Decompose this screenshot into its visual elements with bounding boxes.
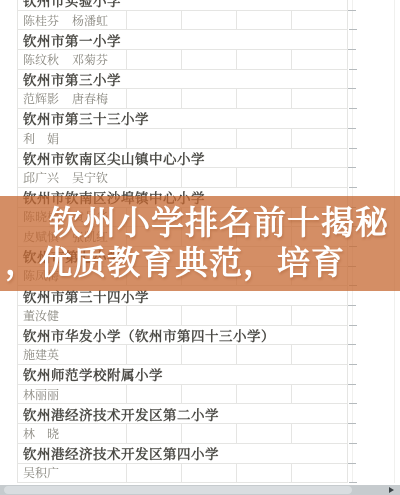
school-name: 钦州港经济技术开发区第二小学 [18, 404, 219, 424]
school-row[interactable]: 钦州师范学校附属小学 [18, 365, 348, 385]
person-name: 陈纹秋 [23, 51, 59, 68]
empty-cell[interactable] [126, 385, 181, 404]
empty-cell[interactable] [291, 306, 348, 325]
empty-cell[interactable] [126, 464, 181, 483]
scroll-right-arrow-icon[interactable] [389, 487, 394, 493]
empty-cell[interactable] [181, 89, 236, 108]
names-cell[interactable]: 施建英 [18, 345, 126, 364]
names-row[interactable]: 林丽丽 [18, 385, 348, 405]
empty-cell[interactable] [236, 89, 291, 108]
empty-cell[interactable] [291, 464, 348, 483]
person-name: 林 晓 [23, 425, 59, 442]
headline-line-1: 钦州小学排名前十揭秘 [0, 203, 400, 243]
school-row[interactable]: 钦州市华发小学（钦州市第四十三小学） [18, 326, 348, 346]
names-row[interactable]: 陈纹秋邓菊芬 [18, 50, 348, 70]
empty-cell[interactable] [181, 168, 236, 187]
empty-cell[interactable] [236, 345, 291, 364]
person-name: 吴宁钦 [72, 169, 108, 186]
names-row[interactable]: 邱广兴吴宁钦 [18, 168, 348, 188]
names-row[interactable]: 林 晓 [18, 424, 348, 444]
school-name: 钦州港经济技术开发区第四小学 [18, 443, 219, 463]
person-name: 陈桂芬 [23, 12, 59, 29]
empty-cell[interactable] [291, 50, 348, 69]
empty-cell[interactable] [291, 89, 348, 108]
empty-cell[interactable] [126, 89, 181, 108]
empty-cell[interactable] [236, 50, 291, 69]
person-name: 唐春梅 [72, 90, 108, 107]
empty-cell[interactable] [236, 424, 291, 443]
school-row[interactable]: 钦州港经济技术开发区第四小学 [18, 444, 348, 464]
names-row[interactable]: 董汝健 [18, 306, 348, 326]
empty-cell[interactable] [236, 168, 291, 187]
empty-cell[interactable] [236, 385, 291, 404]
person-name: 邓菊芬 [72, 51, 108, 68]
scrollbar-thumb[interactable] [4, 486, 352, 494]
names-row[interactable]: 利 娟 [18, 129, 348, 149]
names-cell[interactable]: 董汝健 [18, 306, 126, 325]
names-cell[interactable]: 邱广兴吴宁钦 [18, 168, 126, 187]
names-cell[interactable]: 陈桂芬杨潘虹 [18, 11, 126, 30]
school-name: 钦州市实验小学 [18, 0, 121, 10]
names-row[interactable]: 陈桂芬杨潘虹 [18, 11, 348, 31]
school-row[interactable]: 钦州港经济技术开发区第二小学 [18, 404, 348, 424]
empty-cell[interactable] [181, 129, 236, 148]
spreadsheet-view: { "colors": { "overlay_bg": "#c56832bf",… [0, 0, 400, 495]
empty-cell[interactable] [236, 129, 291, 148]
empty-cell[interactable] [236, 306, 291, 325]
empty-cell[interactable] [126, 129, 181, 148]
school-row[interactable]: 钦州市第三十三小学 [18, 109, 348, 129]
school-name: 钦州市第一小学 [18, 30, 121, 50]
empty-cell[interactable] [126, 50, 181, 69]
horizontal-scrollbar[interactable] [0, 485, 400, 495]
names-cell[interactable]: 林丽丽 [18, 385, 126, 404]
names-cell[interactable]: 吴积广 [18, 464, 126, 483]
person-name: 杨潘虹 [72, 12, 108, 29]
empty-cell[interactable] [236, 11, 291, 30]
person-name: 利 娟 [23, 130, 59, 147]
empty-cell[interactable] [291, 11, 348, 30]
empty-cell[interactable] [126, 306, 181, 325]
school-name: 钦州市钦南区尖山镇中心小学 [18, 148, 205, 168]
headline-line-2: ，优质教育典范，培育 [0, 243, 400, 283]
empty-cell[interactable] [181, 424, 236, 443]
empty-cell[interactable] [181, 50, 236, 69]
empty-cell[interactable] [181, 385, 236, 404]
empty-cell[interactable] [291, 168, 348, 187]
school-row[interactable]: 钦州市第一小学 [18, 30, 348, 50]
empty-cell[interactable] [291, 345, 348, 364]
empty-cell[interactable] [291, 129, 348, 148]
empty-cell[interactable] [236, 464, 291, 483]
school-name: 钦州师范学校附属小学 [18, 364, 163, 384]
person-name: 邱广兴 [23, 169, 59, 186]
names-cell[interactable]: 利 娟 [18, 129, 126, 148]
empty-cell[interactable] [126, 11, 181, 30]
school-row[interactable]: 钦州市实验小学 [18, 0, 348, 11]
person-name: 施建英 [23, 346, 59, 363]
person-name: 林丽丽 [23, 386, 59, 403]
names-row[interactable]: 范辉影唐春梅 [18, 89, 348, 109]
empty-cell[interactable] [291, 424, 348, 443]
names-cell[interactable]: 陈纹秋邓菊芬 [18, 50, 126, 69]
school-name: 钦州市华发小学（钦州市第四十三小学） [18, 325, 275, 345]
names-cell[interactable]: 范辉影唐春梅 [18, 89, 126, 108]
names-cell[interactable]: 林 晓 [18, 424, 126, 443]
names-row[interactable]: 吴积广 [18, 464, 348, 484]
school-row[interactable]: 钦州市第三小学 [18, 70, 348, 90]
headline-overlay: 钦州小学排名前十揭秘 ，优质教育典范，培育 [0, 196, 400, 291]
person-name: 范辉影 [23, 90, 59, 107]
empty-cell[interactable] [126, 168, 181, 187]
empty-cell[interactable] [181, 345, 236, 364]
school-name: 钦州市第三小学 [18, 69, 121, 89]
names-row[interactable]: 施建英 [18, 345, 348, 365]
empty-cell[interactable] [291, 385, 348, 404]
person-name: 董汝健 [23, 307, 59, 324]
empty-cell[interactable] [126, 345, 181, 364]
empty-cell[interactable] [181, 306, 236, 325]
school-row[interactable]: 钦州市钦南区尖山镇中心小学 [18, 149, 348, 169]
empty-cell[interactable] [181, 11, 236, 30]
school-name: 钦州市第三十三小学 [18, 108, 149, 128]
person-name: 吴积广 [23, 464, 59, 481]
empty-cell[interactable] [126, 424, 181, 443]
empty-cell[interactable] [181, 464, 236, 483]
